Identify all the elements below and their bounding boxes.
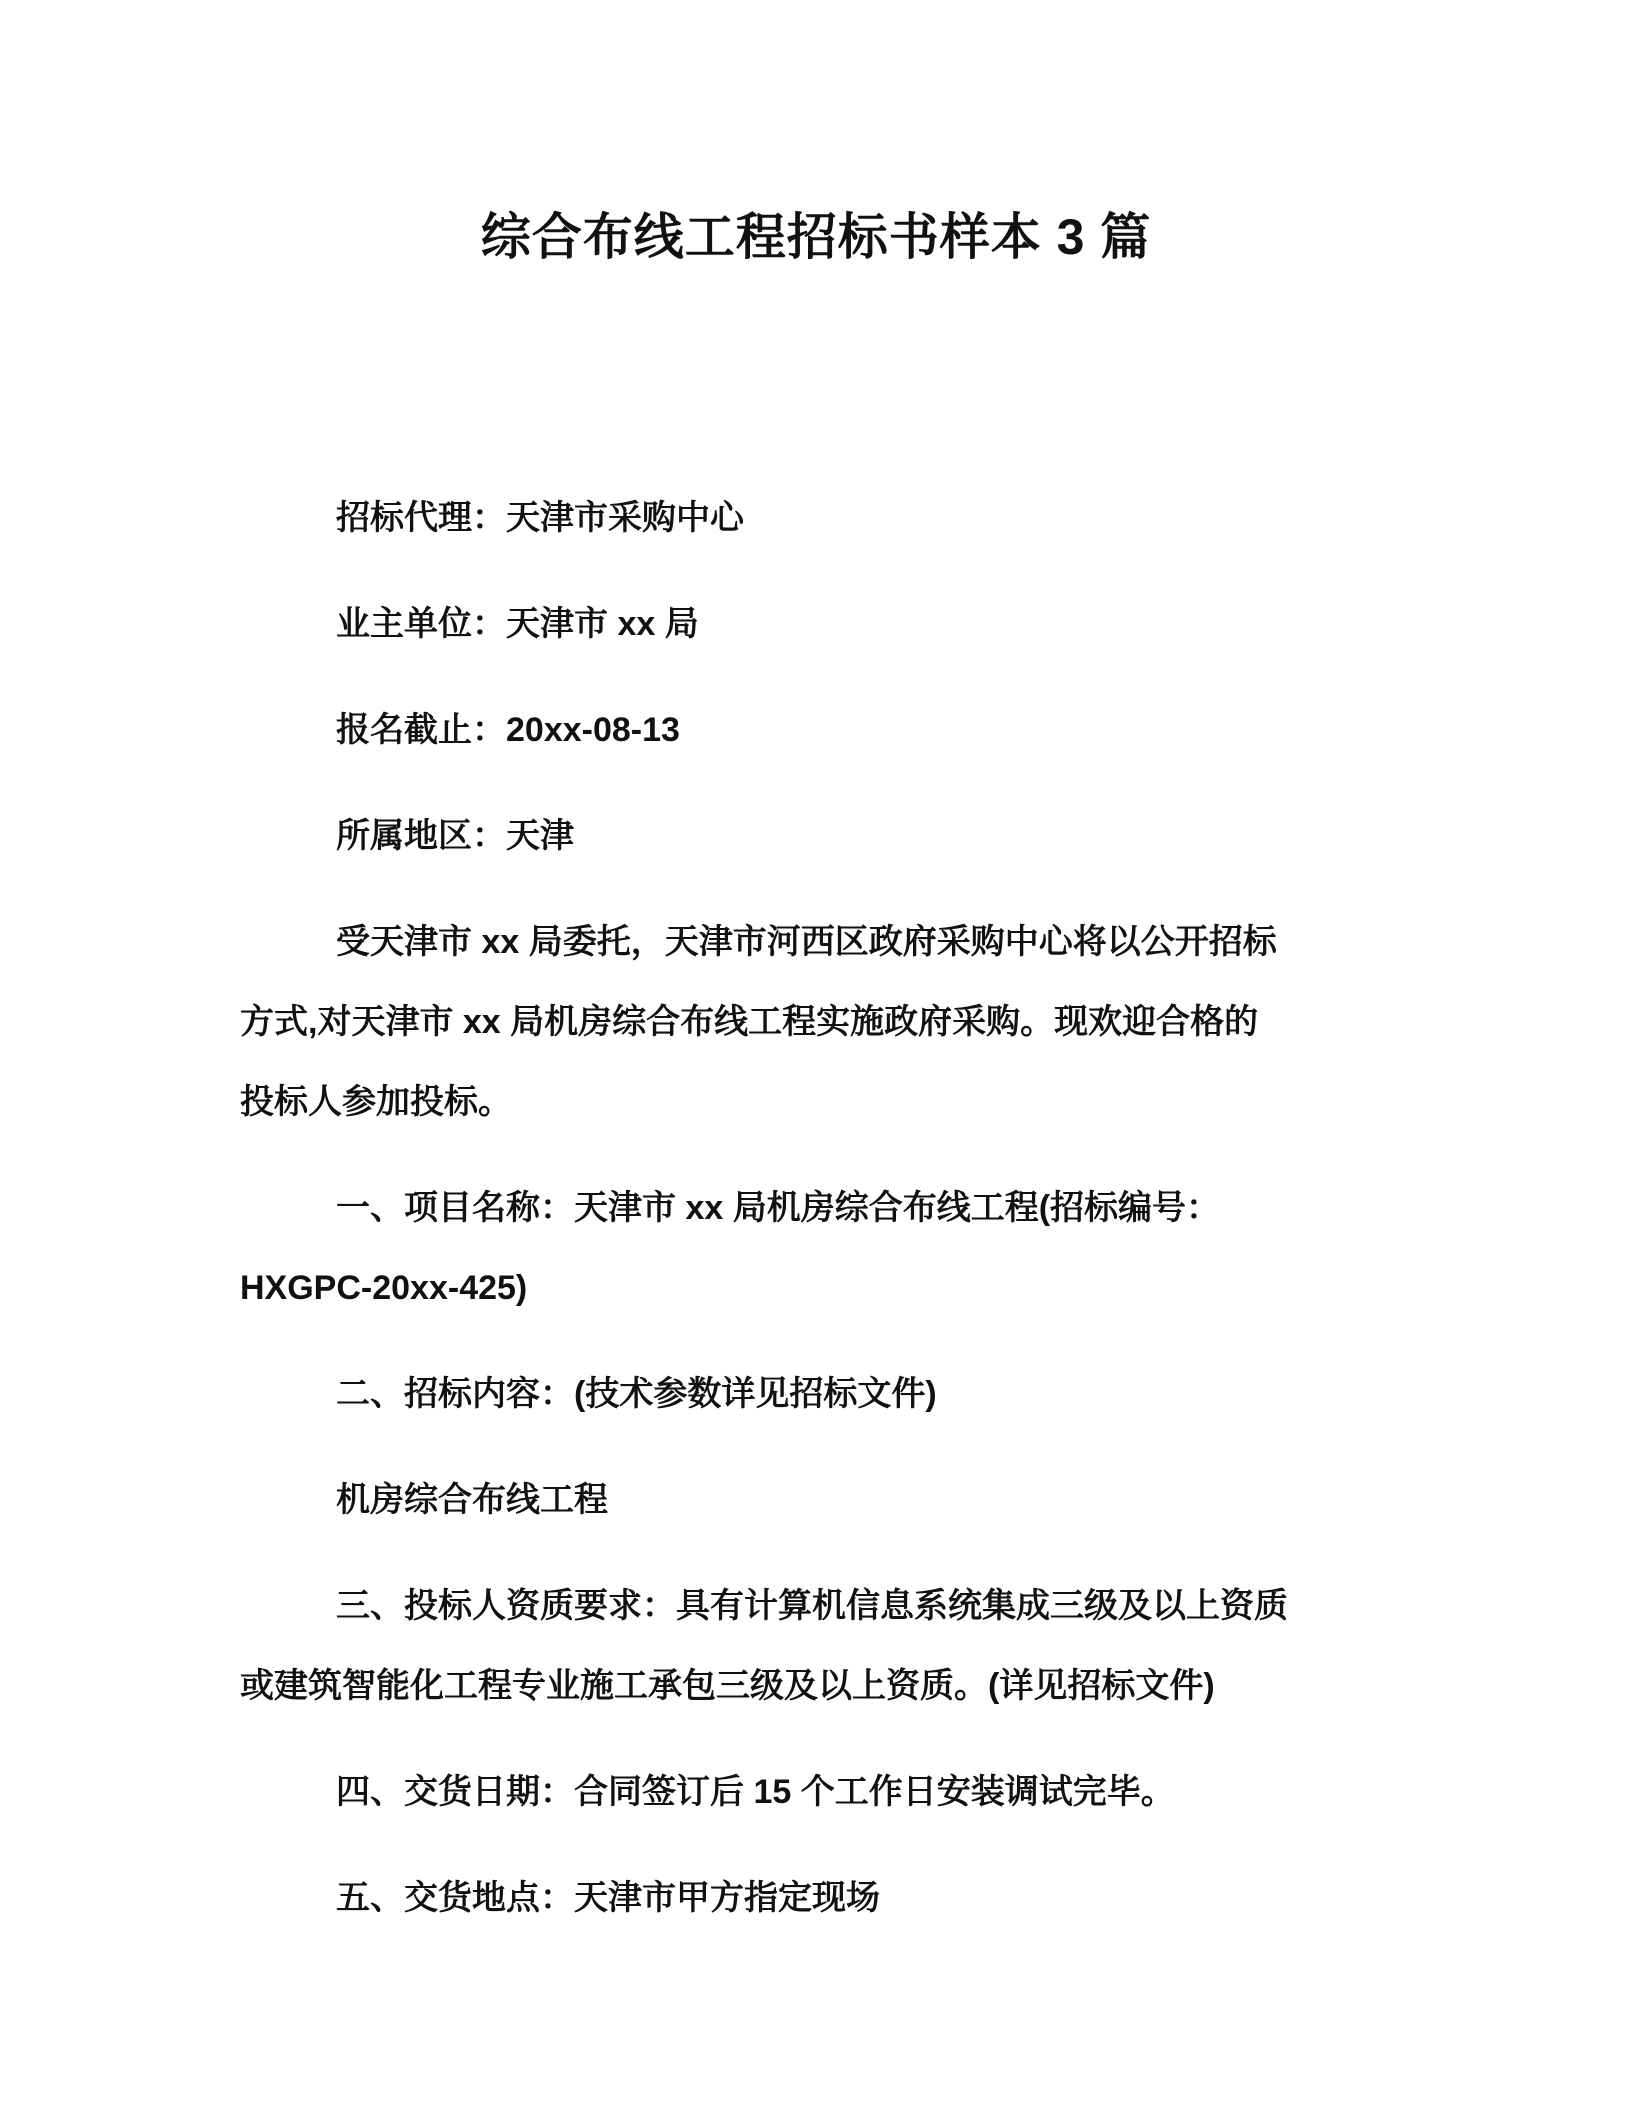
paragraph-line: 或建筑智能化工程专业施工承包三级及以上资质。(详见招标文件): [240, 1646, 1392, 1726]
paragraph-line: 报名截止：20xx-08-13: [240, 690, 1392, 770]
paragraph-line: 业主单位：天津市 xx 局: [240, 584, 1392, 664]
paragraph: 一、项目名称：天津市 xx 局机房综合布线工程(招标编号：HXGPC-20xx-…: [240, 1168, 1392, 1328]
paragraph: 四、交货日期：合同签订后 15 个工作日安装调试完毕。: [240, 1752, 1392, 1832]
document-title: 综合布线工程招标书样本 3 篇: [0, 212, 1632, 262]
paragraph: 招标代理：天津市采购中心: [240, 478, 1392, 558]
paragraph-line: 二、招标内容：(技术参数详见招标文件): [240, 1354, 1392, 1434]
paragraph: 三、投标人资质要求：具有计算机信息系统集成三级及以上资质或建筑智能化工程专业施工…: [240, 1566, 1392, 1726]
paragraph-line: HXGPC-20xx-425): [240, 1248, 1392, 1328]
paragraph-line: 机房综合布线工程: [240, 1460, 1392, 1540]
paragraph-line: 投标人参加投标。: [240, 1062, 1392, 1142]
paragraph-line: 五、交货地点：天津市甲方指定现场: [240, 1858, 1392, 1938]
document-page: 综合布线工程招标书样本 3 篇 招标代理：天津市采购中心业主单位：天津市 xx …: [0, 0, 1632, 2112]
paragraph: 所属地区：天津: [240, 796, 1392, 876]
paragraph-line: 方式,对天津市 xx 局机房综合布线工程实施政府采购。现欢迎合格的: [240, 982, 1392, 1062]
paragraph: 业主单位：天津市 xx 局: [240, 584, 1392, 664]
document-body: 招标代理：天津市采购中心业主单位：天津市 xx 局报名截止：20xx-08-13…: [240, 478, 1392, 1938]
paragraph: 受天津市 xx 局委托，天津市河西区政府采购中心将以公开招标方式,对天津市 xx…: [240, 902, 1392, 1142]
paragraph-line: 一、项目名称：天津市 xx 局机房综合布线工程(招标编号：: [240, 1168, 1392, 1248]
paragraph-line: 四、交货日期：合同签订后 15 个工作日安装调试完毕。: [240, 1752, 1392, 1832]
paragraph-line: 三、投标人资质要求：具有计算机信息系统集成三级及以上资质: [240, 1566, 1392, 1646]
paragraph: 机房综合布线工程: [240, 1460, 1392, 1540]
paragraph-line: 所属地区：天津: [240, 796, 1392, 876]
paragraph-line: 招标代理：天津市采购中心: [240, 478, 1392, 558]
paragraph: 二、招标内容：(技术参数详见招标文件): [240, 1354, 1392, 1434]
paragraph: 报名截止：20xx-08-13: [240, 690, 1392, 770]
paragraph: 五、交货地点：天津市甲方指定现场: [240, 1858, 1392, 1938]
paragraph-line: 受天津市 xx 局委托，天津市河西区政府采购中心将以公开招标: [240, 902, 1392, 982]
